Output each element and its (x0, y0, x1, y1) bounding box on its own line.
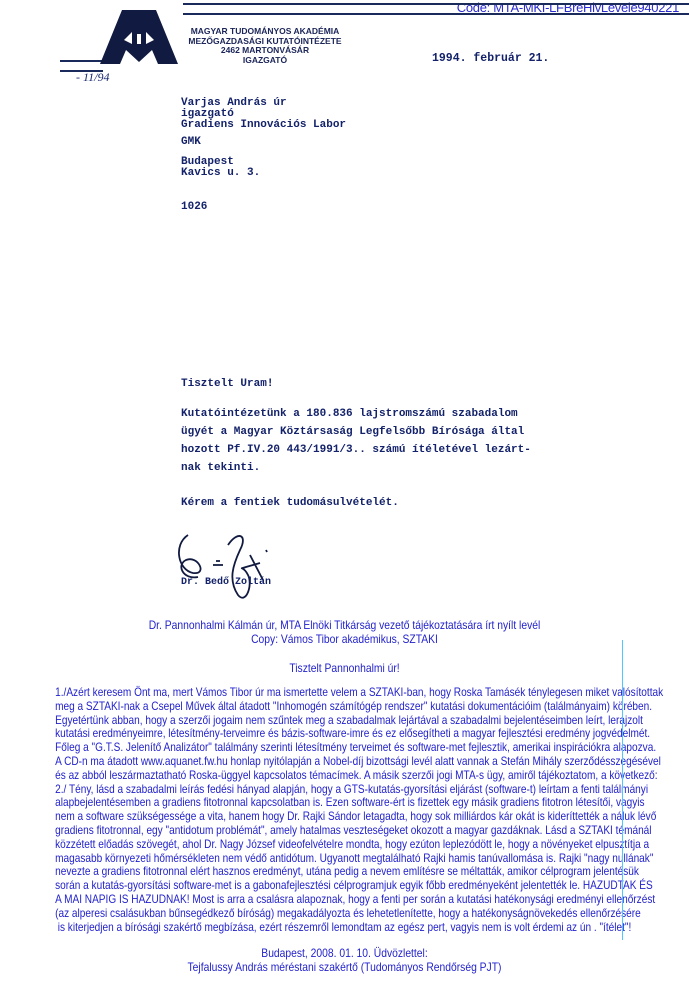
signature-icon (168, 525, 278, 605)
letterhead-line: IGAZGATÓ (180, 56, 350, 66)
body-line: 1./Azért keresem Önt ma, mert Vámos Tibo… (55, 686, 634, 700)
body-line: és az abból leszármaztatható Roska-üggye… (55, 769, 634, 783)
address-line: Gradiens Innovációs Labor (181, 120, 346, 131)
mta-logo-icon (100, 10, 178, 64)
letter-body: Kutatóintézetünk a 180.836 lajstromszámú… (181, 405, 521, 477)
body-line: nem a software szükségessége a vita, han… (55, 810, 634, 824)
open-letter-addressee: Dr. Pannonhalmi Kálmán úr, MTA Elnöki Ti… (48, 618, 641, 632)
handwritten-reference: - 11/94 (76, 70, 109, 85)
open-letter-body: 1./Azért keresem Önt ma, mert Vámos Tibo… (55, 686, 634, 934)
letter-date: 1994. február 21. (432, 52, 549, 65)
body-line: során a kutatás-gyorsítási software-met … (55, 879, 634, 893)
body-line: Kutatóintézetünk a 180.836 lajstromszámú… (181, 405, 521, 423)
signatory-name: Dr. Bedő Zoltán (181, 577, 271, 588)
body-line: meg a SZTAKI-nak a Csepel Művek által át… (55, 700, 634, 714)
open-letter-greeting: Tisztelt Pannonhalmi úr! (48, 661, 641, 675)
recipient-address: Varjas András úr igazgató Gradiens Innov… (181, 98, 346, 213)
letterhead-institution: MAGYAR TUDOMÁNYOS AKADÉMIA MEZŐGAZDASÁGI… (180, 27, 350, 65)
body-line: is kiterjedjen a bírósági szakértő megbí… (55, 921, 634, 935)
body-line: közzétett előadás szövegét, ahol Dr. Nag… (55, 838, 634, 852)
open-letter-copy: Copy: Vámos Tibor akadémikus, SZTAKI (48, 632, 641, 646)
address-line: 1026 (181, 202, 346, 213)
body-line: ügyét a Magyar Köztársaság Legfelsőbb Bí… (181, 423, 521, 441)
body-line: nak tekinti. (181, 459, 521, 477)
letterhead-top-rule (183, 3, 689, 15)
body-line: 2./ Tény, lásd a szabadalmi leírás fedés… (55, 783, 634, 797)
body-line: Főleg a "G.T.S. Jelenítő Analizátor" tal… (55, 741, 634, 755)
scan-artifact-line (622, 640, 623, 940)
open-letter-footer: Budapest, 2008. 01. 10. Üdvözlettel: Tej… (48, 947, 641, 974)
body-line: hozott Pf.IV.20 443/1991/3.. számú ítéle… (181, 441, 521, 459)
body-line: gradiens fitotronnal, egy "antidotum pro… (55, 824, 634, 838)
footer-author: Tejfalussy András méréstani szakértő (Tu… (48, 961, 641, 975)
footer-date: Budapest, 2008. 01. 10. Üdvözlettel: (48, 947, 641, 961)
body-line: A MAI NAPIG IS HAZUDNAK! Most is arra a … (55, 893, 634, 907)
body-line: A CD-n ma átadott www.aquanet.fw.hu honl… (55, 755, 634, 769)
letter-salutation: Tisztelt Uram! (181, 378, 273, 390)
letter-closing: Kérem a fentiek tudomásulvételét. (181, 497, 399, 509)
body-line: kutatási eredményeimre, létesítmény-terv… (55, 727, 634, 741)
body-line: (az alperesi csalásukban bűnsegédkező bí… (55, 907, 634, 921)
address-spacer (181, 179, 346, 202)
open-letter-header: Dr. Pannonhalmi Kálmán úr, MTA Elnöki Ti… (48, 618, 641, 646)
address-line: GMK (181, 137, 346, 148)
body-line: Egyetértünk abban, hogy a szerzői jogaim… (55, 714, 634, 728)
body-line: alapbejelentésemben a gradiens fitotronn… (55, 796, 634, 810)
address-line: Kavics u. 3. (181, 168, 346, 179)
body-line: magasabb környezeti hőmérsékleten nem vé… (55, 852, 634, 866)
